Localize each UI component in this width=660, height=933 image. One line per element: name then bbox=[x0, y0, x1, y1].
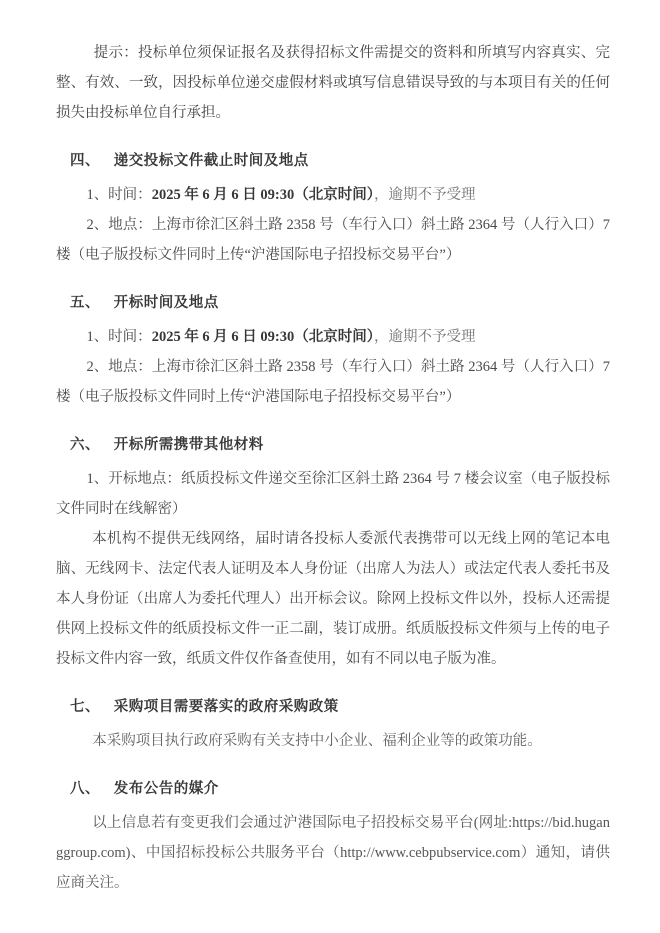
section-7-number: 七、 bbox=[70, 699, 100, 715]
section-bid-opening: 五、开标时间及地点 1、时间：2025 年 6 月 6 日 09:30（北京时间… bbox=[56, 288, 610, 412]
section-procurement-policy: 七、采购项目需要落实的政府采购政策 本采购项目执行政府采购有关支持中小企业、福利… bbox=[56, 692, 610, 756]
section-6-item-place: 1、开标地点：纸质投标文件递交至徐汇区斜土路 2364 号 7 楼会议室（电子版… bbox=[56, 464, 610, 524]
section-submission-deadline: 四、递交投标文件截止时间及地点 1、时间：2025 年 6 月 6 日 09:3… bbox=[56, 146, 610, 270]
section-8-number: 八、 bbox=[70, 781, 100, 797]
section-4-heading: 四、递交投标文件截止时间及地点 bbox=[56, 146, 610, 176]
opening-datetime: 2025 年 6 月 6 日 09:30（北京时间） bbox=[152, 329, 374, 345]
section-4-title: 递交投标文件截止时间及地点 bbox=[114, 153, 309, 169]
section-required-materials: 六、开标所需携带其他材料 1、开标地点：纸质投标文件递交至徐汇区斜土路 2364… bbox=[56, 430, 610, 674]
item-time-label: 1、时间： bbox=[86, 187, 151, 203]
overdue-note: ，逾期不予受理 bbox=[374, 329, 476, 345]
section-4-number: 四、 bbox=[70, 153, 100, 169]
section-5-item-place: 2、地点：上海市徐汇区斜土路 2358 号（车行入口）斜土路 2364 号（人行… bbox=[56, 352, 610, 412]
section-6-heading: 六、开标所需携带其他材料 bbox=[56, 430, 610, 460]
section-7-title: 采购项目需要落实的政府采购政策 bbox=[114, 699, 339, 715]
overdue-note: ，逾期不予受理 bbox=[374, 187, 476, 203]
section-6-title: 开标所需携带其他材料 bbox=[114, 437, 264, 453]
section-5-heading: 五、开标时间及地点 bbox=[56, 288, 610, 318]
document-page: 提示：投标单位须保证报名及获得招标文件需提交的资料和所填写内容真实、完整、有效、… bbox=[0, 0, 660, 933]
section-8-heading: 八、发布公告的媒介 bbox=[56, 774, 610, 804]
section-7-heading: 七、采购项目需要落实的政府采购政策 bbox=[56, 692, 610, 722]
section-announcement-media: 八、发布公告的媒介 以上信息若有变更我们会通过沪港国际电子招投标交易平台(网址:… bbox=[56, 774, 610, 898]
section-8-title: 发布公告的媒介 bbox=[114, 781, 219, 797]
section-7-paragraph: 本采购项目执行政府采购有关支持中小企业、福利企业等的政策功能。 bbox=[56, 726, 610, 756]
section-5-number: 五、 bbox=[70, 295, 100, 311]
section-4-item-place: 2、地点：上海市徐汇区斜土路 2358 号（车行入口）斜土路 2364 号（人行… bbox=[56, 210, 610, 270]
section-6-number: 六、 bbox=[70, 437, 100, 453]
section-5-title: 开标时间及地点 bbox=[114, 295, 219, 311]
section-5-item-time: 1、时间：2025 年 6 月 6 日 09:30（北京时间），逾期不予受理 bbox=[56, 322, 610, 352]
tip-paragraph: 提示：投标单位须保证报名及获得招标文件需提交的资料和所填写内容真实、完整、有效、… bbox=[56, 38, 610, 128]
section-4-item-time: 1、时间：2025 年 6 月 6 日 09:30（北京时间），逾期不予受理 bbox=[56, 180, 610, 210]
deadline-datetime: 2025 年 6 月 6 日 09:30（北京时间） bbox=[152, 187, 374, 203]
section-6-paragraph: 本机构不提供无线网络，届时请各投标人委派代表携带可以无线上网的笔记本电脑、无线网… bbox=[56, 524, 610, 674]
section-8-paragraph: 以上信息若有变更我们会通过沪港国际电子招投标交易平台(网址:https://bi… bbox=[56, 808, 610, 898]
item-time-label: 1、时间： bbox=[86, 329, 151, 345]
